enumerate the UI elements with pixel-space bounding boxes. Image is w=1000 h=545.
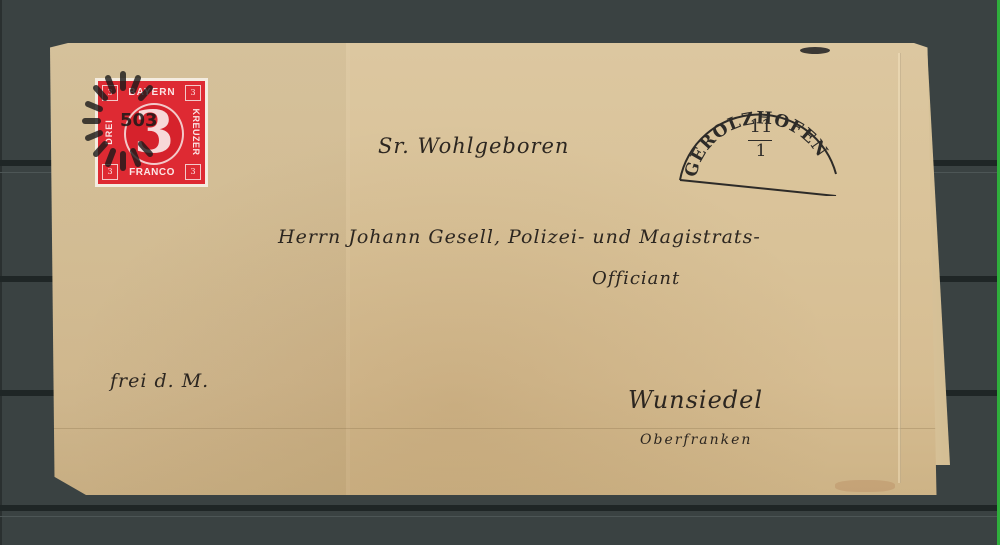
town-postmark: GEROLZHOFEN 11 1 xyxy=(674,78,844,196)
franking-note: frei d. M. xyxy=(110,370,209,392)
numeral-cancel: 503 xyxy=(78,66,168,176)
salutation: Sr. Wohlgeboren xyxy=(378,134,569,158)
postmark-month: 1 xyxy=(746,141,776,161)
cancel-number: 503 xyxy=(120,110,160,131)
addressee-name: Herrn Johann Gesell, Polizei- und Magist… xyxy=(278,226,761,248)
postmark-arc-icon: GEROLZHOFEN xyxy=(674,78,844,196)
album-strip xyxy=(0,505,1000,511)
scan-left-edge xyxy=(0,0,2,545)
stamp-right-text: KREUZER xyxy=(191,97,201,167)
ink-blot xyxy=(800,47,830,54)
destination-region: Oberfranken xyxy=(640,432,752,448)
fold-line xyxy=(50,428,950,429)
postmark-day: 11 xyxy=(746,116,776,137)
album-line xyxy=(0,516,1000,517)
destination-city: Wunsiedel xyxy=(628,386,763,414)
paper-stain xyxy=(835,480,895,492)
addressee-title: Officiant xyxy=(592,268,680,289)
fold-line xyxy=(898,53,901,483)
